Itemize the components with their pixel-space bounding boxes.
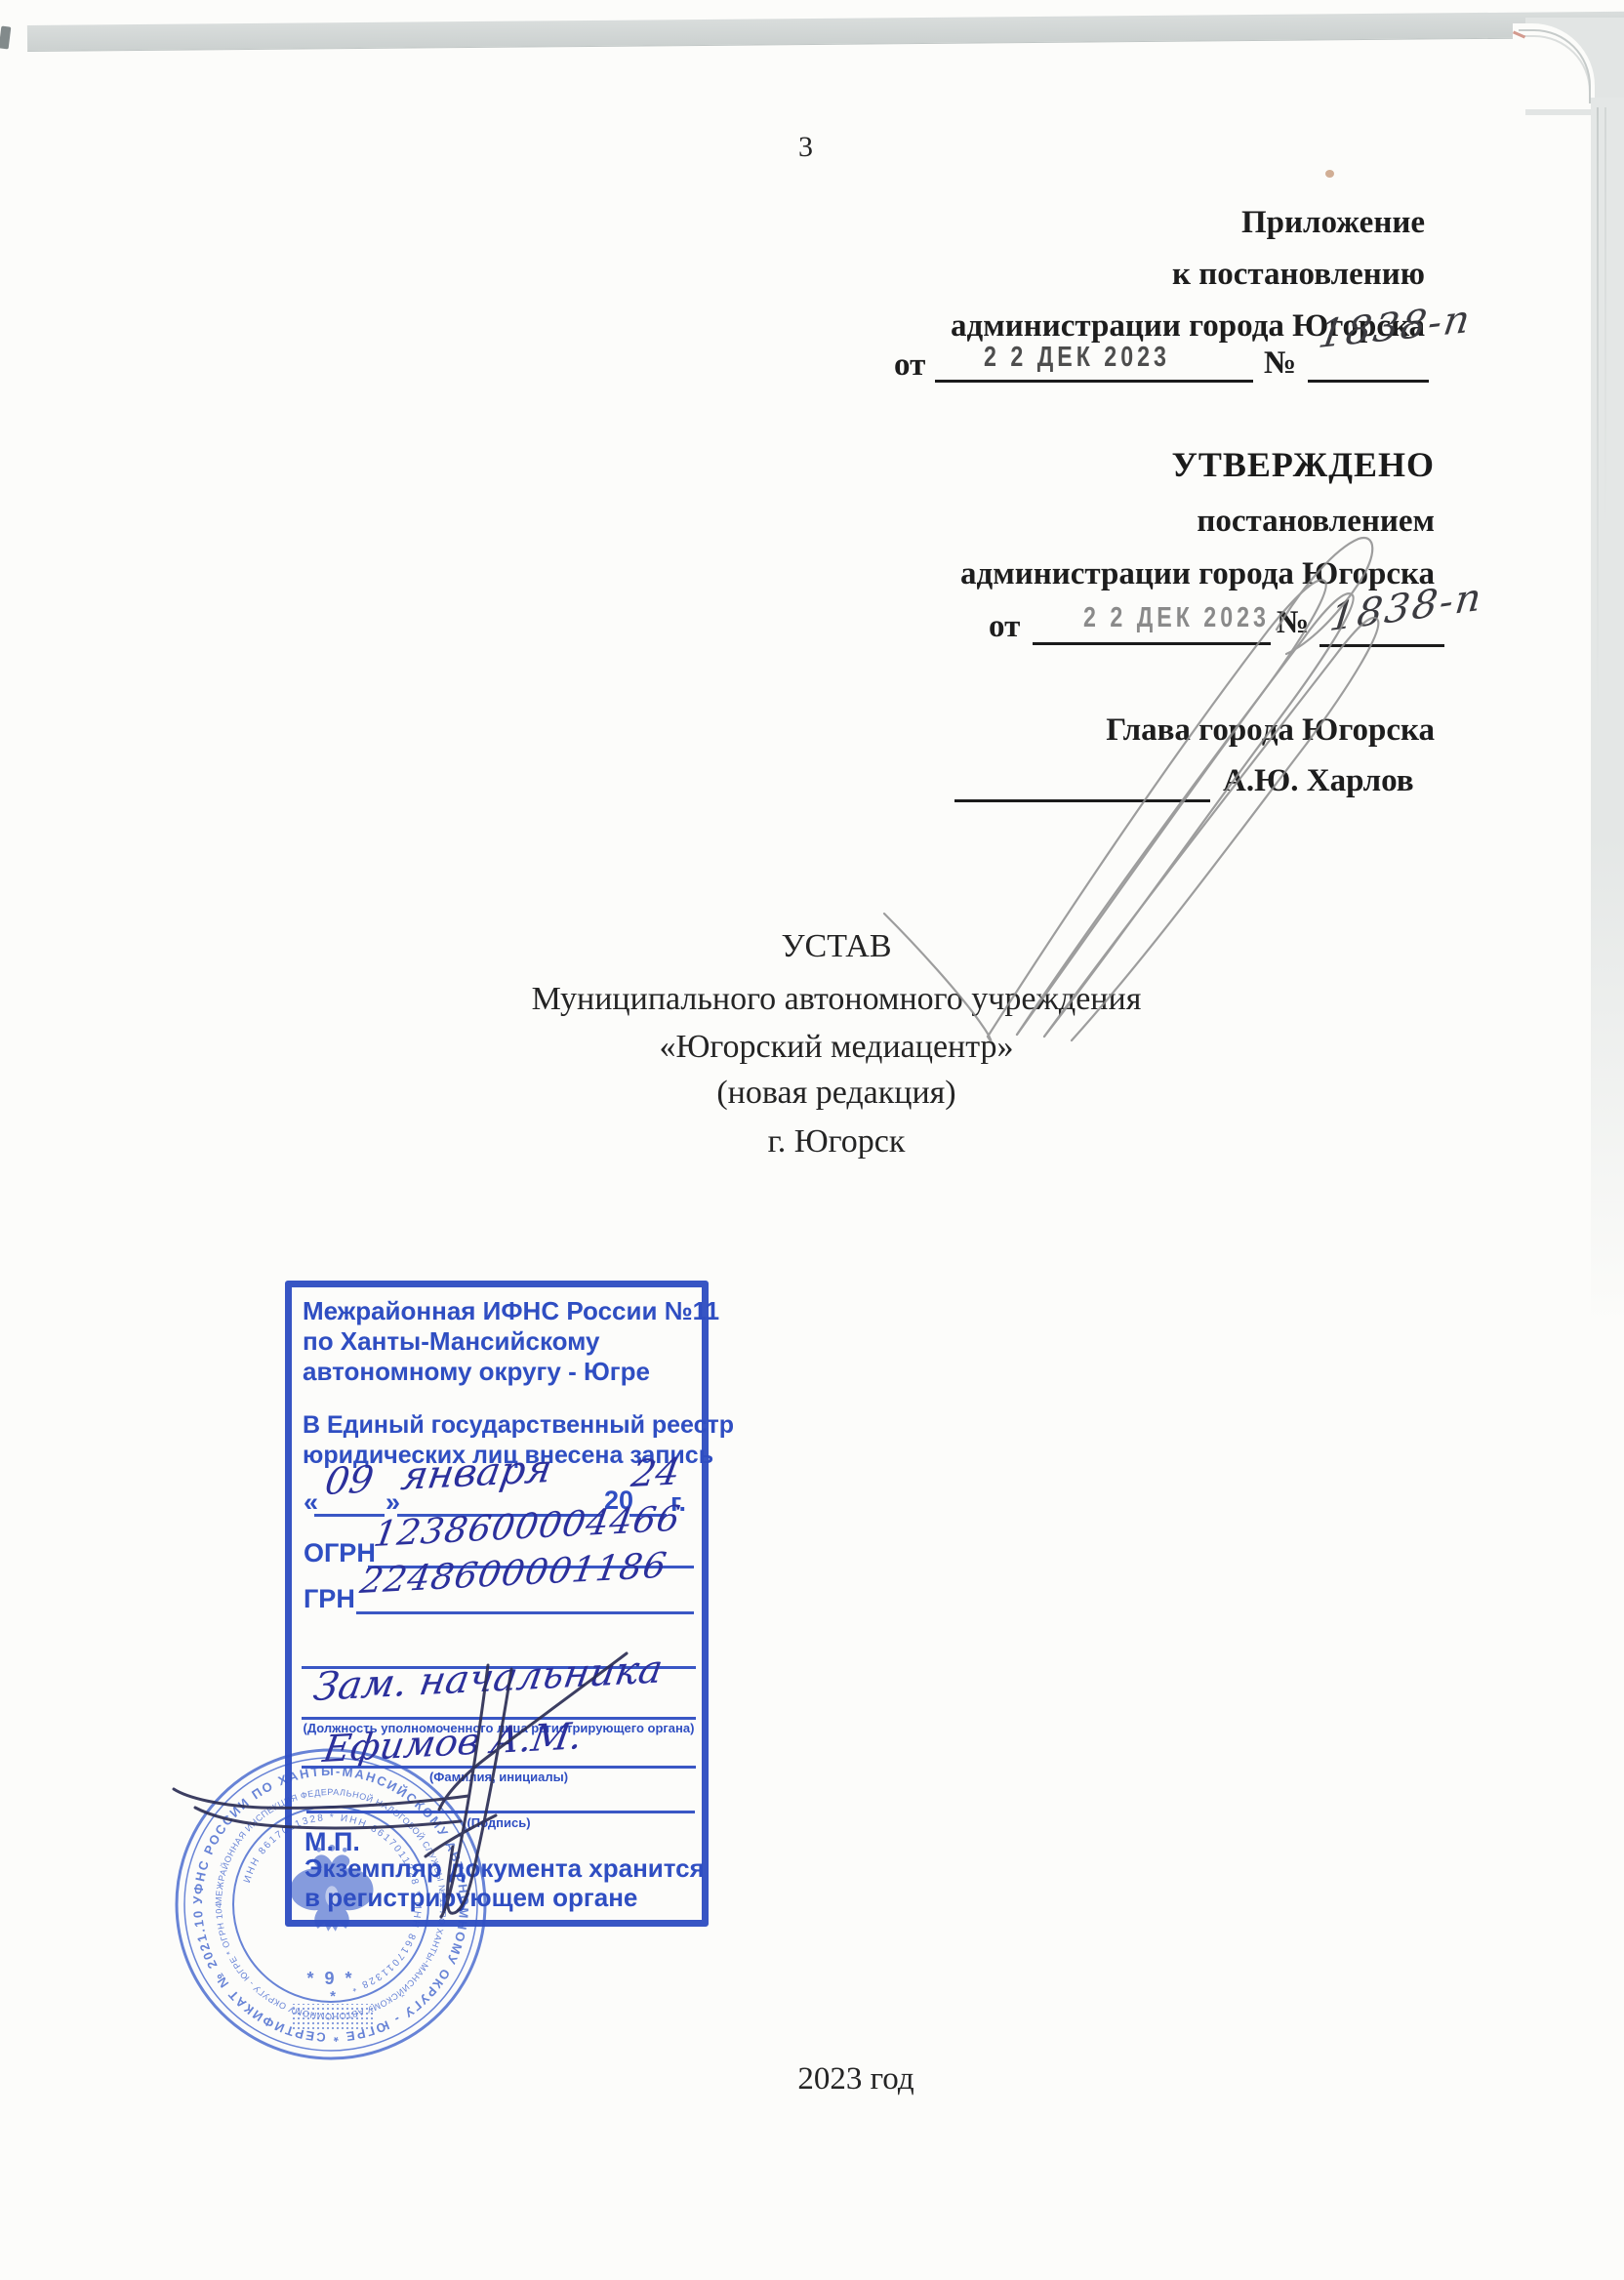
stamp-sign-caption: (Подпись) <box>302 1815 696 1830</box>
pencil-signature-stroke <box>988 580 1326 1037</box>
stamp-authority-line-1: Межрайонная ИФНС России №11 <box>303 1296 719 1326</box>
stamp-storage-line-2: в регистрирующем органе <box>304 1883 637 1913</box>
scanned-document-page: 3 Приложение к постановлению администрац… <box>0 0 1624 2280</box>
approved-line-2: администрации города Югорска <box>960 556 1435 592</box>
stamp-grn-underline <box>356 1611 694 1614</box>
appendix-line-2: к постановлению <box>1172 257 1425 293</box>
approved-line-1: постановлением <box>1197 504 1435 540</box>
appendix-date-underline <box>935 380 1253 383</box>
appendix-number-handwritten: 1838-п <box>1316 297 1475 357</box>
stamp-name-caption: (Фамилия, инициалы) <box>302 1770 696 1784</box>
stamp-month-handwritten: января <box>398 1446 555 1499</box>
scan-shadow-band <box>27 11 1624 52</box>
approved-date-ink-stamp: 2 2 ДЕК 2023 <box>1083 602 1270 634</box>
charter-title: УСТАВ <box>0 928 1624 965</box>
signer-name: А.Ю. Харлов <box>1223 763 1414 799</box>
pencil-signature-stroke <box>1017 593 1354 1037</box>
stamp-day-handwritten: 09 <box>322 1458 377 1503</box>
signer-title: Глава города Югорска <box>1106 712 1435 749</box>
stamp-authority-line-2: по Ханты-Мансийскому <box>303 1326 600 1357</box>
approved-number-underline <box>1319 644 1444 647</box>
page-stack-line <box>1604 107 1606 527</box>
paper-speck <box>1325 170 1334 178</box>
page-number: 3 <box>798 131 813 164</box>
year-caption: 2023 год <box>0 2061 1624 2097</box>
approved-number-sign: № <box>1277 605 1309 641</box>
appendix-number-underline <box>1308 380 1429 383</box>
stamp-name-underline <box>302 1766 696 1769</box>
approved-title: УТВЕРЖДЕНО <box>1171 444 1435 485</box>
stamp-grn-label: ГРН <box>304 1584 355 1614</box>
page-stack-line <box>1597 107 1599 712</box>
stamp-record-line-1: В Единый государственный реестр <box>303 1411 734 1440</box>
approved-from-label: от <box>989 609 1020 645</box>
seal-center-number: * 9 * <box>306 1969 354 1988</box>
pencil-signature-stroke <box>1044 618 1378 1040</box>
seal-hatch-block <box>290 2004 374 2030</box>
appendix-number-sign: № <box>1264 346 1296 382</box>
stamp-sign-underline <box>306 1811 695 1813</box>
charter-city: г. Югорск <box>0 1123 1624 1160</box>
stamp-year-handwritten: 24 <box>629 1450 683 1495</box>
appendix-line-1: Приложение <box>1241 205 1425 241</box>
approved-date-underline <box>1033 642 1271 645</box>
charter-subtitle-2: «Югорский медиацентр» <box>0 1029 1624 1066</box>
scan-edge-mark <box>0 25 11 49</box>
stamp-storage-line-1: Экземпляр документа хранится <box>304 1853 705 1884</box>
charter-subtitle-3: (новая редакция) <box>0 1075 1624 1112</box>
signature-underline <box>954 799 1210 802</box>
charter-subtitle-1: Муниципального автономного учреждения <box>0 981 1624 1018</box>
stamp-authority-line-3: автономному округу - Югре <box>303 1357 650 1387</box>
seal-center-star: * <box>330 1988 336 2005</box>
appendix-date-ink-stamp: 2 2 ДЕК 2023 <box>984 342 1170 374</box>
appendix-from-label: от <box>894 347 925 384</box>
stamp-day-underline <box>314 1514 385 1517</box>
